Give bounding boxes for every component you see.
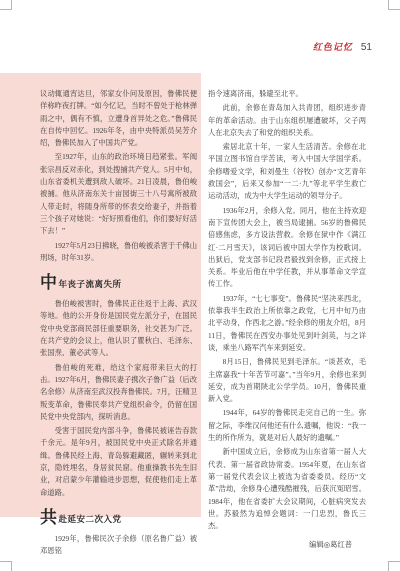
body-paragraph: 议动辄通宵达旦，邻家女仆问及原因，鲁佛民便佯称昨夜打牌。“如今忆记，当时不曾处于… (40, 88, 197, 149)
running-head: 红色记忆 51 (313, 40, 372, 53)
magazine-page: 红色记忆 51 议动辄通宵达旦，邻家女仆问及原因，鲁佛民便佯称昨夜打牌。“如今忆… (0, 0, 400, 571)
body-paragraph: 1929年，鲁佛民次子余修（原名鲁广益）被邓恩铭 (40, 533, 197, 558)
section-heading-text: 赴延安二次入党 (59, 514, 122, 524)
right-column: 指令速离济南，躲避至北平。 此前，余修在青岛加入共青团，组织进步青年的革命活动。… (208, 88, 366, 550)
body-paragraph: 索居北京十年，一家人生活清苦。余修在北平国立图书馆自学苦读，考入中国大学国学系。… (208, 141, 366, 202)
section-heading-text: 年丧子流离失所 (59, 279, 122, 289)
body-paragraph: 此前，余修在青岛加入共青团，组织进步青年的革命活动。由于山东组织屡遭破坏，父子两… (208, 102, 366, 139)
body-paragraph: 8月15日，鲁佛民见到毛泽东。“谈甚欢，毛主席嘉我“十年苦节可嘉”。”当年9月，… (208, 356, 366, 405)
crop-mark-top-right-icon (388, 0, 400, 10)
crop-mark-top-left-icon (0, 0, 12, 10)
page-number: 51 (361, 42, 372, 53)
section-heading-dropcap: 中 (40, 273, 58, 292)
crop-mark-bottom-right-icon (388, 561, 400, 571)
editor-credit: 编辑◎葛红普 (208, 540, 366, 550)
body-paragraph: 1937年，“七七事变”。鲁佛民“坚决来西北，依靠我半生政治上所依靠之政党，七月… (208, 293, 366, 354)
section-heading: 共赴延安二次入党 (40, 509, 197, 528)
section-title: 红色记忆 (313, 40, 353, 53)
body-paragraph: 1936年2月，余修入党。同月，他在主持欢迎南下宣传团大会上，被当局逮捕。56岁… (208, 205, 366, 291)
crop-mark-bottom-left-icon (0, 561, 12, 571)
body-paragraph: 至1927年，山东的政治环境日趋紧张。军阀张宗昌反对赤化，到处搜捕共产党人。5月… (40, 151, 197, 237)
body-paragraph: 指令速离济南，躲避至北平。 (208, 88, 366, 100)
body-paragraph: 鲁伯峻的死难，给这个家庭带来巨大的打击。1927年6月，鲁佛民妻子携次子鲁广益（… (40, 362, 197, 423)
body-paragraph: 受害于国民党内部斗争，鲁佛民被诬告吞款千余元。是年9月，被国民党中央正式除名并通… (40, 425, 197, 499)
left-column-pink-panel: 议动辄通宵达旦，邻家女仆问及原因，鲁佛民便佯称昨夜打牌。“如今忆记，当时不曾处于… (0, 73, 201, 517)
section-heading-dropcap: 共 (40, 508, 58, 527)
section-heading: 中年丧子流离失所 (40, 274, 197, 293)
body-paragraph: 鲁伯峻被害时，鲁佛民正往返于上海、武汉等地。他的公开身份是国民党左派分子，在国民… (40, 298, 197, 359)
body-paragraph: 1927年5月23日拂晓，鲁伯峻被杀害于千佛山刑场，时年31岁。 (40, 240, 197, 265)
body-paragraph: 新中国成立后，余修成为山东省第一届人大代表、第一届省政协常委。1954年夏，在山… (208, 446, 366, 532)
body-paragraph: 1944年，64岁的鲁佛民走完自己的一生。弥留之际，李维汉问他还有什么遗嘱，他说… (208, 407, 366, 444)
